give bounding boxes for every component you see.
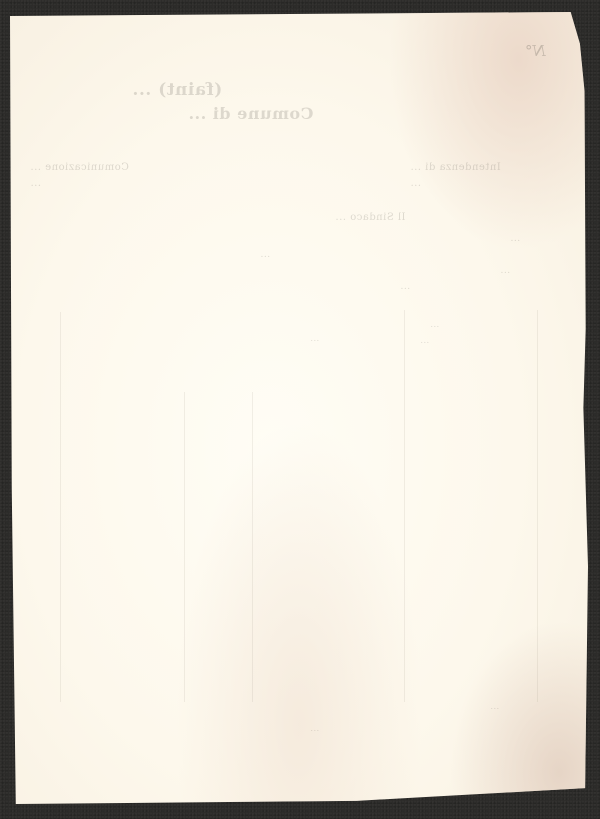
paper-page: N° (faint) ... Comune di ... Comunicazio…: [10, 12, 588, 804]
show-through-header-right-1: Comunicazione ...: [30, 162, 129, 173]
show-through-header-mid: Il Sindaco ...: [335, 212, 406, 223]
show-through-table-header-1: ...: [310, 334, 319, 343]
show-through-header-left-2: ...: [410, 178, 421, 189]
table-rule-v3: [252, 392, 253, 702]
show-through-body-3: ...: [500, 266, 510, 276]
table-rule-v4: [404, 310, 405, 702]
show-through-title-2: Comune di ...: [188, 104, 313, 123]
table-rule-v1: [60, 312, 61, 702]
table-rule-v2: [184, 392, 185, 702]
table-rule-v5: [537, 310, 538, 702]
show-through-table-header-2b: ...: [420, 336, 429, 345]
show-through-title-1: (faint) ...: [132, 80, 222, 100]
show-through-body-1: ...: [510, 234, 520, 244]
show-through-footer-2: ...: [310, 724, 319, 733]
show-through-body-4: ...: [400, 282, 410, 292]
show-through-table-header-2a: ...: [430, 320, 439, 329]
show-through-body-2: ...: [260, 250, 270, 260]
show-through-header-left-1: Intendenza di ...: [410, 162, 501, 173]
page-number: N°: [525, 42, 546, 60]
show-through-footer-1: ...: [490, 702, 499, 711]
show-through-header-right-2: ...: [30, 178, 41, 189]
